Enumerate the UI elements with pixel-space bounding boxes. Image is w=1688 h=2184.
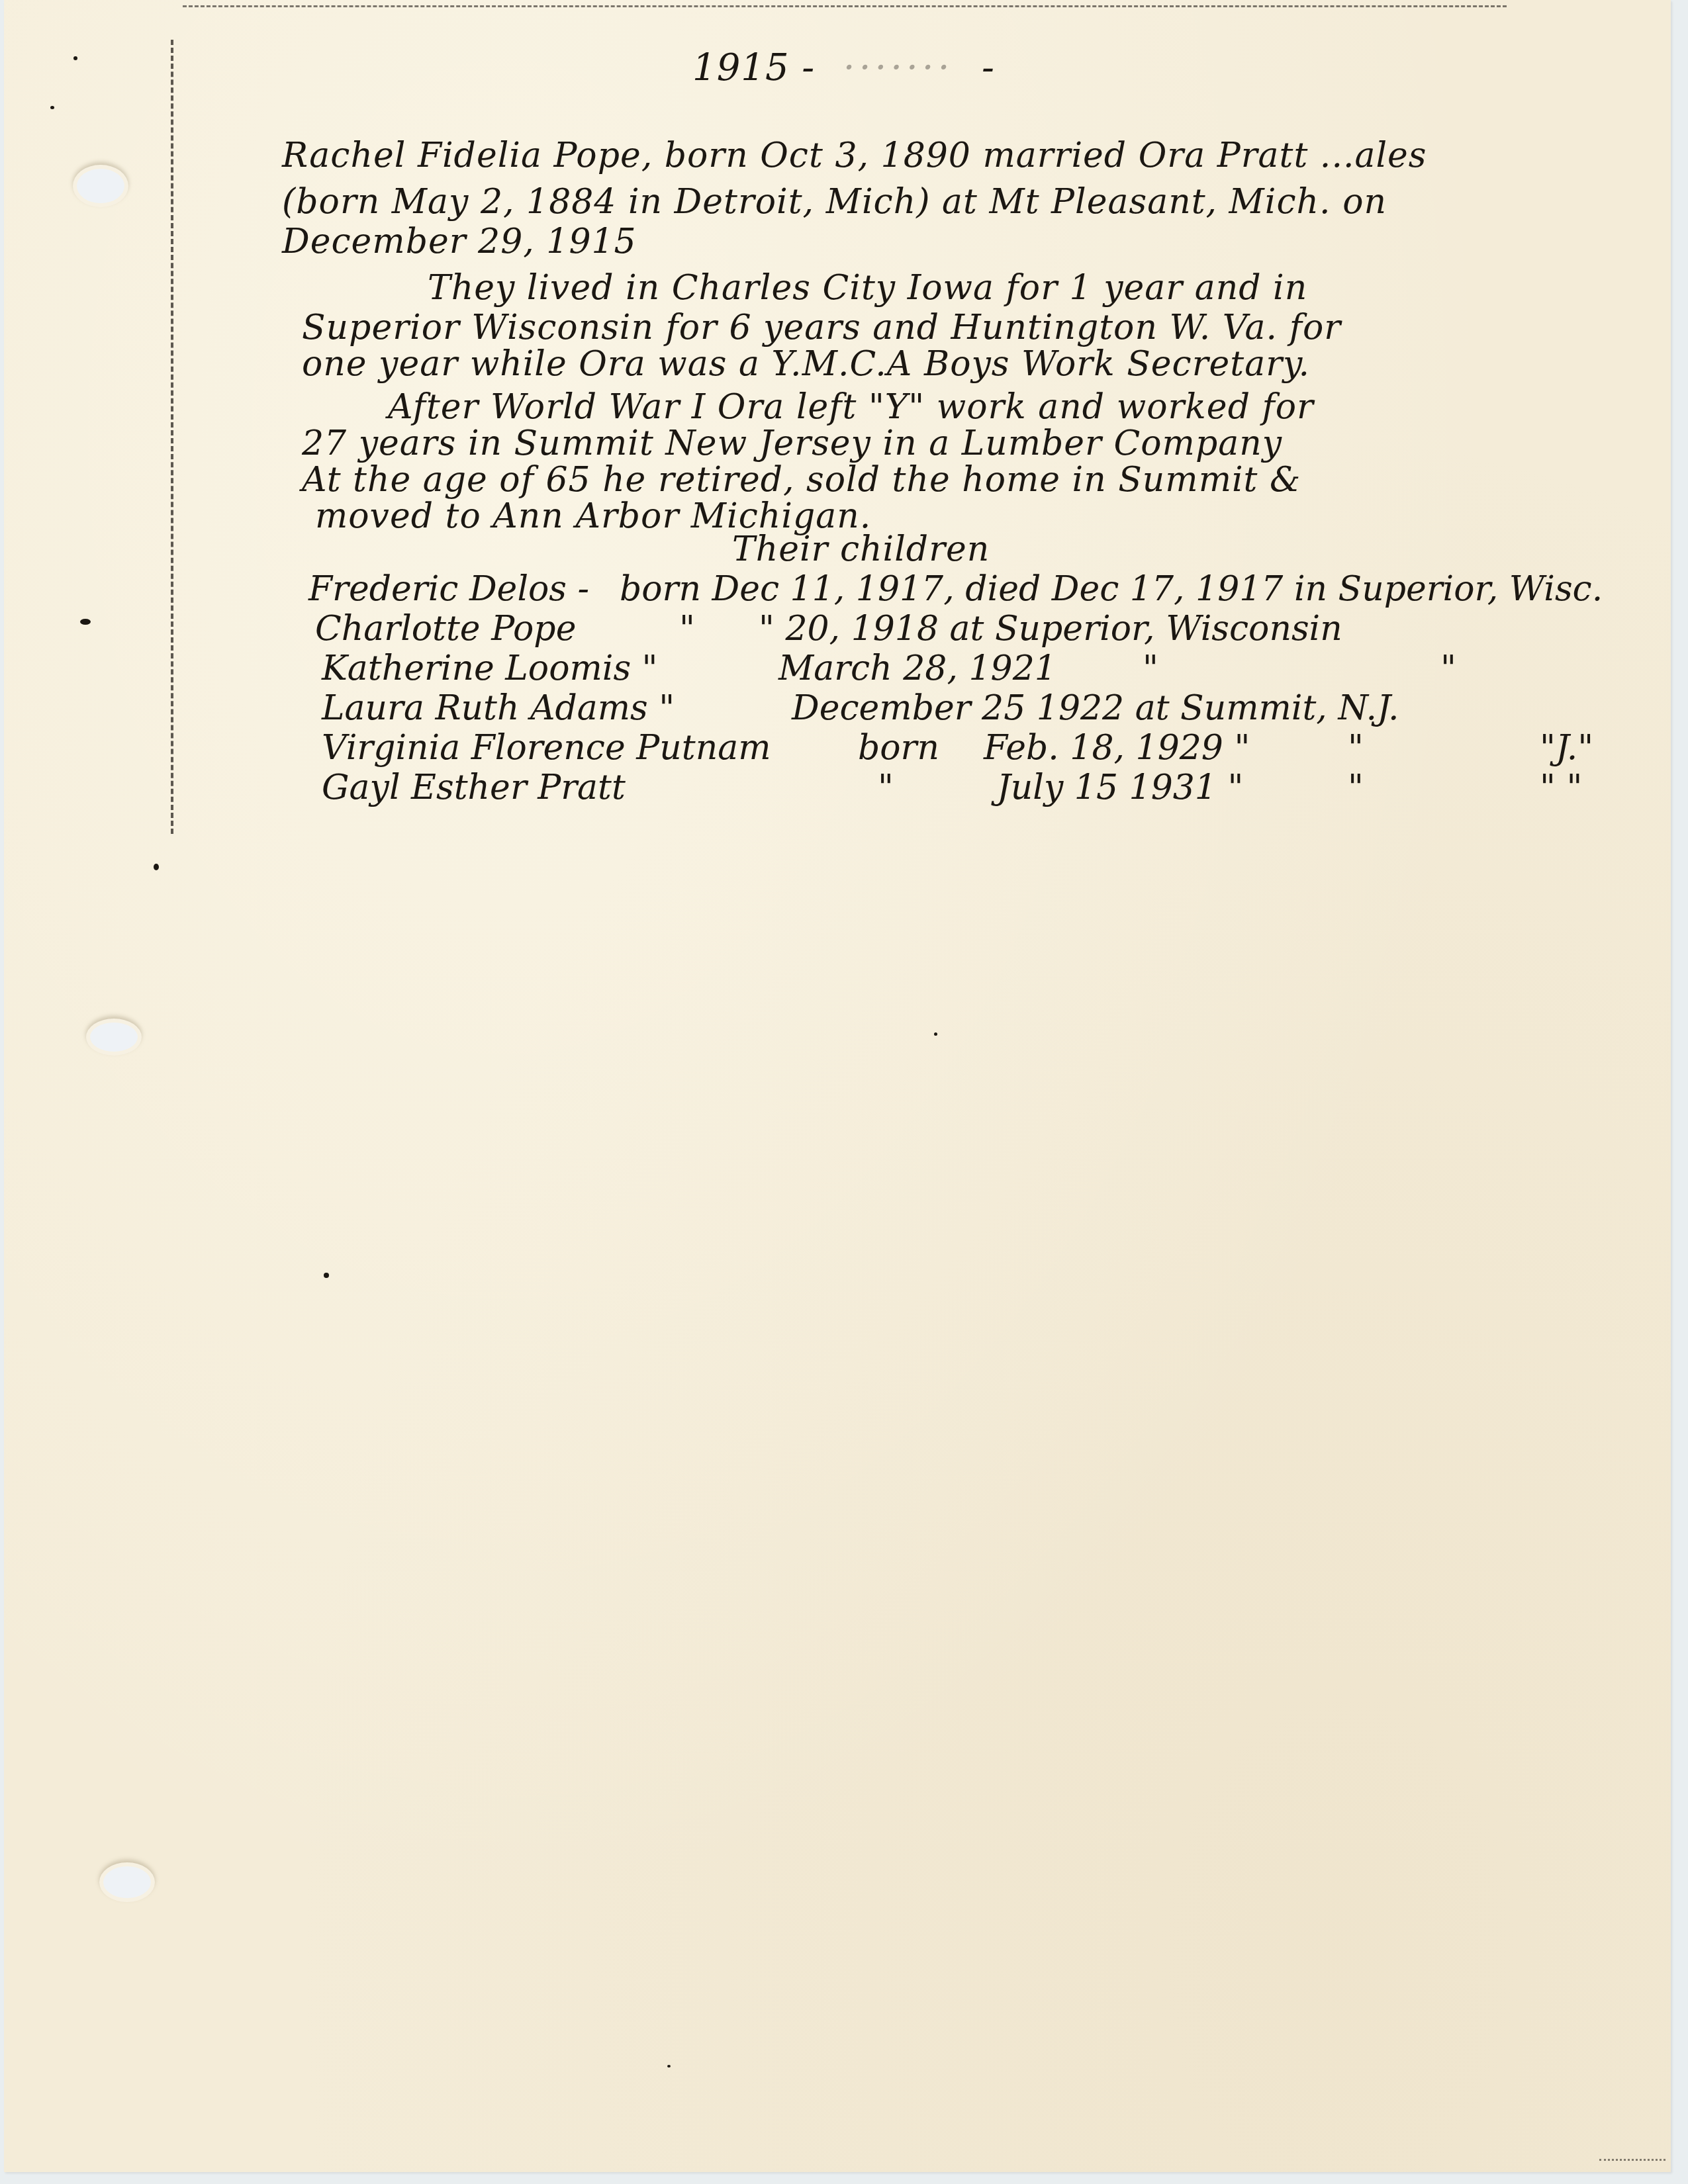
child-ditto-state: " " xyxy=(1540,768,1582,807)
heading-faded-text: ······· xyxy=(827,46,969,89)
paragraph-line: At the age of 65 he retired, sold the ho… xyxy=(302,460,1301,500)
paragraph-line: Superior Wisconsin for 6 years and Hunti… xyxy=(302,308,1341,347)
punch-hole-top xyxy=(77,169,124,203)
child-ditto-place: " xyxy=(1348,728,1364,768)
ink-speck xyxy=(667,2065,671,2068)
child-name: Virginia Florence Putnam xyxy=(322,728,771,768)
child-born: born xyxy=(858,728,939,768)
paragraph-line: one year while Ora was a Y.M.C.A Boys Wo… xyxy=(302,344,1310,384)
punch-hole-bottom xyxy=(103,1866,151,1898)
ink-speck xyxy=(324,1273,329,1278)
left-margin-rule xyxy=(171,40,173,834)
child-name: Gayl Esther Pratt xyxy=(322,768,626,807)
document-page: 1915 - ······· - Rachel Fidelia Pope, bo… xyxy=(4,0,1671,2172)
page-heading: 1915 - ······· - xyxy=(692,46,995,89)
bottom-corner-mark xyxy=(1599,2159,1665,2161)
child-detail: Feb. 18, 1929 " xyxy=(984,728,1250,768)
heading-year: 1915 - xyxy=(692,46,815,89)
child-born: " xyxy=(878,768,894,807)
top-dashed-rule xyxy=(183,5,1507,7)
ink-speck xyxy=(934,1032,937,1036)
child-detail: " 20, 1918 at Superior, Wisconsin xyxy=(759,609,1342,649)
paragraph-line: After World War I Ora left "Y" work and … xyxy=(388,387,1314,427)
paragraph-line: (born May 2, 1884 in Detroit, Mich) at M… xyxy=(282,182,1387,222)
child-name: Frederic Delos - xyxy=(308,569,589,609)
child-name: Laura Ruth Adams " xyxy=(322,688,675,728)
child-ditto-place: " xyxy=(1143,649,1158,688)
child-ditto-state: " xyxy=(1440,649,1456,688)
heading-trailing-dash: - xyxy=(982,46,995,89)
ink-speck xyxy=(154,864,159,870)
paragraph-line: They lived in Charles City Iowa for 1 ye… xyxy=(428,268,1307,308)
paragraph-line: 27 years in Summit New Jersey in a Lumbe… xyxy=(302,424,1282,463)
ink-speck xyxy=(50,106,54,109)
child-detail: March 28, 1921 xyxy=(778,649,1056,688)
children-heading: Their children xyxy=(732,529,990,569)
child-name: Katherine Loomis " xyxy=(322,649,658,688)
child-ditto: " xyxy=(679,609,695,649)
child-detail: born Dec 11, 1917, died Dec 17, 1917 in … xyxy=(620,569,1603,609)
child-detail: July 15 1931 " xyxy=(997,768,1243,807)
paragraph-line: December 29, 1915 xyxy=(282,222,637,261)
paragraph-line: Rachel Fidelia Pope, born Oct 3, 1890 ma… xyxy=(282,136,1427,175)
punch-hole-middle xyxy=(90,1023,138,1052)
child-name: Charlotte Pope xyxy=(315,609,576,649)
child-ditto-state: "J." xyxy=(1540,728,1593,768)
ink-speck xyxy=(73,56,77,60)
child-detail: December 25 1922 at Summit, N.J. xyxy=(792,688,1399,728)
ink-speck xyxy=(80,619,91,625)
child-ditto-place: " xyxy=(1348,768,1364,807)
